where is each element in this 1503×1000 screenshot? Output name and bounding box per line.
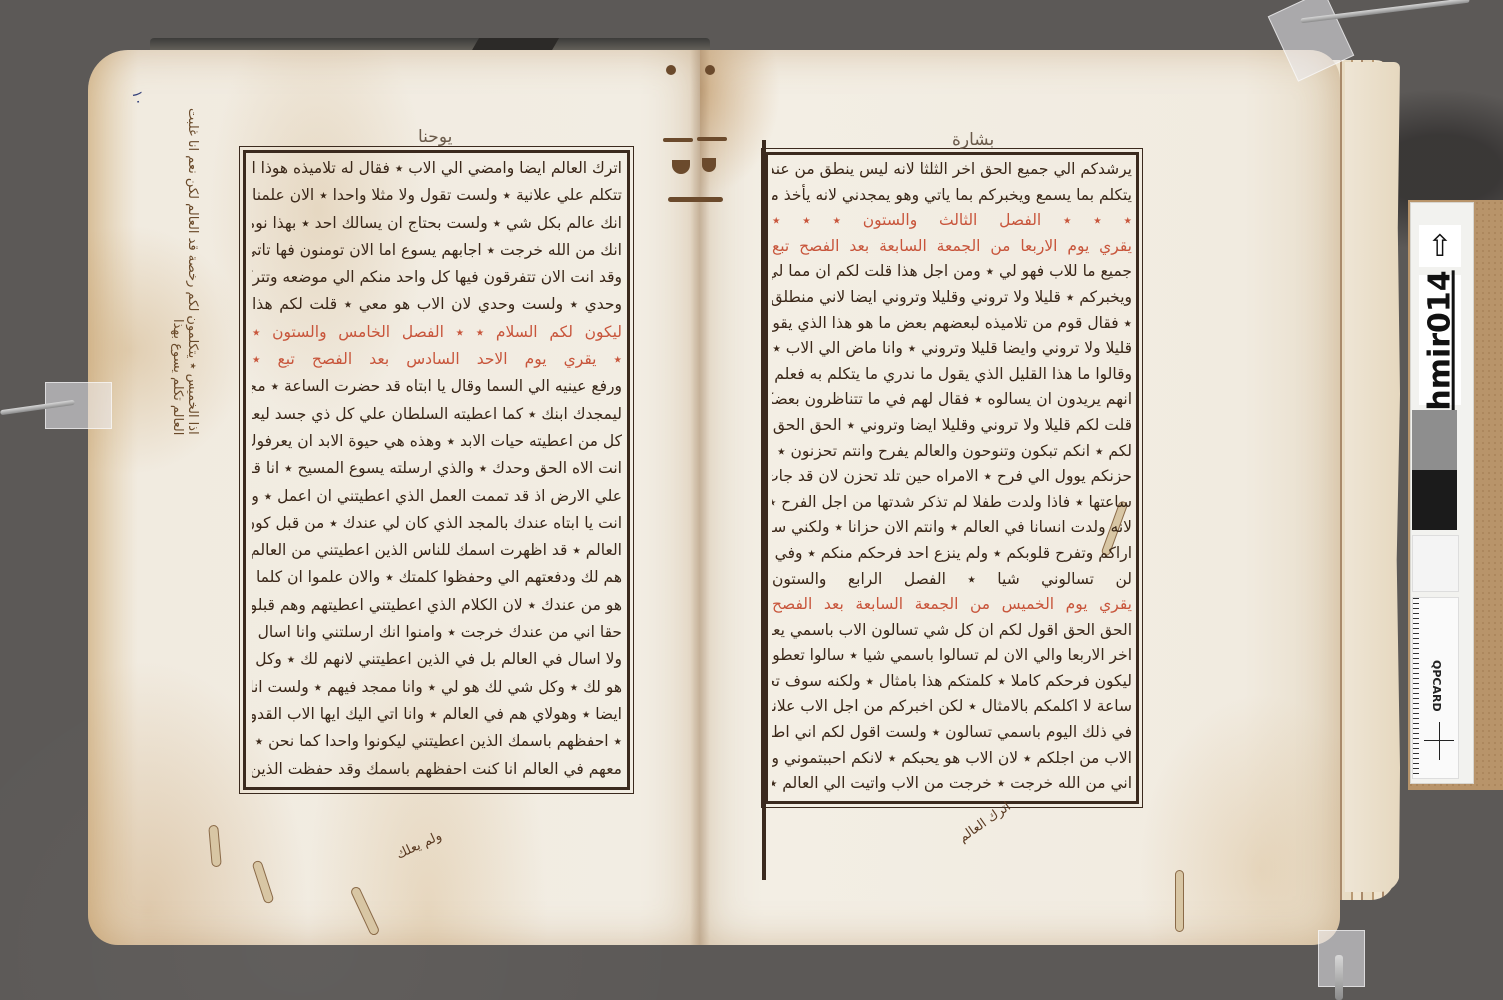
worm-hole bbox=[705, 65, 715, 75]
clip bbox=[1335, 955, 1343, 1000]
grey-patch bbox=[1412, 410, 1457, 470]
text-line: جميع ما للاب فهو لي ٭ ومن اجل هذا قلت لك… bbox=[772, 259, 1132, 285]
worm-hole bbox=[668, 197, 723, 202]
text-line: اراكم وتفرح قلوبكم ٭ ولم ينزع احد فرحكم … bbox=[772, 541, 1132, 567]
left-page-text: اترك العالم ايضا وامضي الي الاب ٭ فقال ل… bbox=[252, 155, 622, 783]
text-line: هم لك ودفعتهم الي وحفظوا كلمتك ٭ والان ع… bbox=[252, 564, 622, 591]
right-ruling-line bbox=[762, 140, 766, 880]
text-line: ٭ احفظهم باسمك الذين اعطيتني ليكونوا واح… bbox=[252, 728, 622, 755]
text-line: لكم ٭ انكم تبكون وتنوحون والعالم يفرح وا… bbox=[772, 439, 1132, 465]
worm-hole bbox=[663, 138, 693, 142]
right-page-text: يرشدكم الي جميع الحق اخر الثلثا لانه ليس… bbox=[772, 157, 1132, 797]
rubric-line: يقري يوم الاربعا من الجمعة السابعة بعد ا… bbox=[772, 234, 1132, 260]
text-line: حقا اني من عندك خرجت ٭ وامنوا انك ارسلتن… bbox=[252, 619, 622, 646]
text-line: ويخبركم ٭ قليلا ولا تروني وقليلا وتروني … bbox=[772, 285, 1132, 311]
rubric-line: ٭ ٭ ٭ الفصل الثالث والستون ٭ ٭ ٭ bbox=[772, 208, 1132, 234]
worm-hole bbox=[697, 137, 727, 141]
book-gutter bbox=[690, 50, 710, 945]
text-line: ورفع عينيه الي السما وقال يا ابتاه قد حض… bbox=[252, 373, 622, 400]
text-line: العالم ٭ قد اظهرت اسمك للناس الذين اعطيت… bbox=[252, 537, 622, 564]
text-line: اني من الله خرجت ٭ خرجت من الاب واتيت ال… bbox=[772, 771, 1132, 797]
text-line: علي الارض اذ قد تممت العمل الذي اعطيتني … bbox=[252, 483, 622, 510]
text-line: الحق الحق اقول لكم ان كل شي تسالون الاب … bbox=[772, 618, 1132, 644]
right-running-header: بشارة bbox=[952, 130, 994, 150]
text-line: وقالوا ما هذا القليل الذي يقول ما ندري م… bbox=[772, 362, 1132, 388]
text-line: في ذلك اليوم باسمي تسالون ٭ ولست اقول لك… bbox=[772, 720, 1132, 746]
text-line: معهم في العالم انا كنت احفظهم باسمك وقد … bbox=[252, 756, 622, 783]
rubric-line: ٭ يقري يوم الاحد السادس بعد الفصح تبع ٭ bbox=[252, 346, 622, 373]
white-patch bbox=[1412, 535, 1459, 592]
crosshair-icon bbox=[1439, 722, 1440, 760]
text-line: هو من عندك ٭ لان الكلام الذي اعطيتني اعط… bbox=[252, 592, 622, 619]
text-line: ايضا ٭ وهولاي هم في العالم ٭ وانا اتي ال… bbox=[252, 701, 622, 728]
text-line: انهم يريدون ان يسالوه ٭ فقال لهم في ما ت… bbox=[772, 387, 1132, 413]
text-line: لن تسالوني شيا ٭ الفصل الرابع والستون bbox=[772, 567, 1132, 593]
text-line: الاب من اجلكم ٭ لان الاب هو يحبكم ٭ لانك… bbox=[772, 746, 1132, 772]
rubric-line: يقري يوم الخميس من الجمعة السابعة بعد ال… bbox=[772, 592, 1132, 618]
text-line: ٭ فقال قوم من تلاميذه لبعضهم بعض ما هو ه… bbox=[772, 311, 1132, 337]
worm-track bbox=[1175, 870, 1184, 932]
text-line: انك عالم بكل شي ٭ ولست بحتاج ان يسالك اح… bbox=[252, 210, 622, 237]
text-line: وقد انت الان تتفرقون فيها كل واحد منكم ا… bbox=[252, 264, 622, 291]
shelfmark-label: hmir014 bbox=[1419, 275, 1461, 405]
margin-note: اذا الخميس ٭ يتكلمون لكم رخصة قد العالم … bbox=[170, 95, 200, 435]
text-line: ساعة لا اكلمكم بالامثال ٭ لكن اخبركم من … bbox=[772, 694, 1132, 720]
text-line: يتكلم بما يسمع ويخبركم بما ياتي وهو يمجد… bbox=[772, 183, 1132, 209]
text-line: اخر الاربعا والي الان لم تسالوا باسمي شي… bbox=[772, 643, 1132, 669]
text-line: هو لك ٭ وكل شي لك هو لي ٭ وانا ممجد فيهم… bbox=[252, 674, 622, 701]
worm-hole bbox=[702, 158, 716, 172]
rubric-line: ليكون لكم السلام ٭ ٭ الفصل الخامس والستو… bbox=[252, 319, 622, 346]
text-line: انت الاه الحق وحدك ٭ والذي ارسلته يسوع ا… bbox=[252, 455, 622, 482]
text-line: انت يا ابتاه عندك بالمجد الذي كان لي عند… bbox=[252, 510, 622, 537]
text-line: كل من اعطيته حيات الابد ٭ وهذه هي حيوة ا… bbox=[252, 428, 622, 455]
text-line: ليمجدك ابنك ٭ كما اعطيته السلطان علي كل … bbox=[252, 401, 622, 428]
text-line: يرشدكم الي جميع الحق اخر الثلثا لانه ليس… bbox=[772, 157, 1132, 183]
text-line: انك من الله خرجت ٭ اجابهم يسوع اما الان … bbox=[252, 237, 622, 264]
text-line: تتكلم علي علانية ٭ ولست تقول ولا مثلا وا… bbox=[252, 182, 622, 209]
card-brand: QPCARD bbox=[1430, 660, 1443, 712]
text-line: اترك العالم ايضا وامضي الي الاب ٭ فقال ل… bbox=[252, 155, 622, 182]
text-line: لانه ولدت انسانا في العالم ٭ وانتم الان … bbox=[772, 515, 1132, 541]
text-line: قليلا ولا تروني وايضا قليلا وتروني ٭ وان… bbox=[772, 336, 1132, 362]
folio-number: ١٠ bbox=[128, 89, 146, 107]
text-line: قلت لكم قليلا ولا تروني وقليلا ايضا وترو… bbox=[772, 413, 1132, 439]
left-running-header: يوحنا bbox=[418, 127, 452, 147]
text-line: وحدي ٭ ولست وحدي لان الاب هو معي ٭ قلت ل… bbox=[252, 291, 622, 318]
text-line: ليكون فرحكم كاملا ٭ كلمتكم هذا بامثال ٭ … bbox=[772, 669, 1132, 695]
text-line: ساعتها ٭ فاذا ولدت طفلا لم تذكر شدتها من… bbox=[772, 490, 1132, 516]
loose-leaf-edge bbox=[1345, 62, 1400, 892]
text-line: ولا اسال في العالم بل في الذين اعطيتني ل… bbox=[252, 646, 622, 673]
black-patch bbox=[1412, 470, 1457, 530]
text-line: حزنكم يوول الي فرح ٭ الامراه حين تلد تحز… bbox=[772, 464, 1132, 490]
up-arrow-icon: ⇧ bbox=[1419, 225, 1461, 267]
worm-hole bbox=[666, 65, 676, 75]
